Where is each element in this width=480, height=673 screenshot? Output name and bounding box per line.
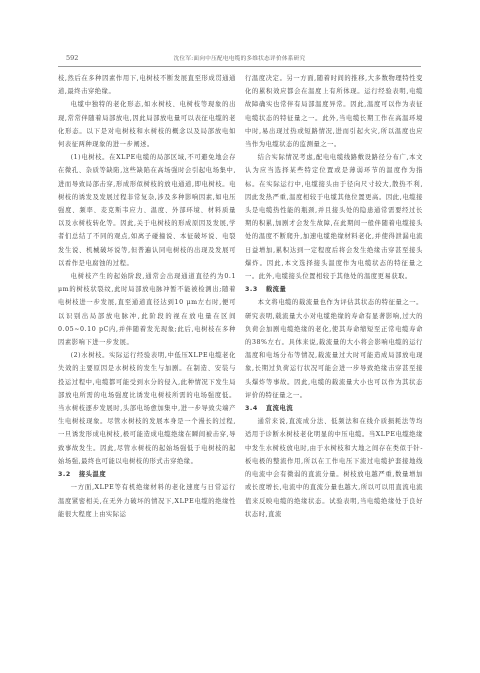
section-number: 3.4 bbox=[245, 405, 258, 412]
paragraph: 本文将电缆的载流量也作为评估其状态的特征量之一。研究表明,载流量大小对电缆绝缘的… bbox=[245, 296, 423, 402]
running-title: 沈位军:面向中压配电电缆的多维状态评价体系研究 bbox=[58, 54, 421, 62]
paragraph: 枝,然后在多种因素作用下,电树枝不断发展直至形成贯通通道,最终击穿绝缘。 bbox=[58, 72, 236, 98]
page-header: 592 沈位军:面向中压配电电缆的多维状态评价体系研究 bbox=[58, 50, 421, 67]
section-number: 3.2 bbox=[58, 471, 71, 478]
paragraph: 电树枝产生的起始阶段,通常会出现通道直径约为0.1 μm的树枝状裂纹,此时局部放… bbox=[58, 270, 236, 349]
paragraph: 结合实际情况考虑,配电电缆线路敷设路径分布广,本文认为应当选择某些特定位置或是薄… bbox=[245, 151, 423, 283]
section-title: 载流量 bbox=[266, 286, 287, 293]
paragraph: 电缆中独特的老化形态,如水树枝、电树枝等现象的出现,常常伴随着局部放电,因此局部… bbox=[58, 98, 236, 151]
section-heading: 3.4直流电流 bbox=[245, 402, 423, 415]
paragraph: 通常来说,直流成分法、低频法和在线介质损耗法等均适用于诊断水树枝老化明显的中压电… bbox=[245, 415, 423, 521]
paragraph: 一方面,XLPE等有机绝缘材料的老化速度与日常运行温度紧密相关,在无外力破坏的情… bbox=[58, 481, 236, 521]
paragraph: (1)电树枝。在XLPE电缆的局部区域,不可避免地会存在微孔、杂质等缺陷,这些缺… bbox=[58, 151, 236, 270]
section-heading: 3.3载流量 bbox=[245, 283, 423, 296]
paragraph: 行温度决定。另一方面,随着时间的推移,大多数物理特性变化的累积效应都会在温度上有… bbox=[245, 72, 423, 151]
section-heading: 3.2接头温度 bbox=[58, 468, 236, 481]
right-column: 行温度决定。另一方面,随着时间的推移,大多数物理特性变化的累积效应都会在温度上有… bbox=[245, 72, 423, 521]
left-column: 枝,然后在多种因素作用下,电树枝不断发展直至形成贯通通道,最终击穿绝缘。 电缆中… bbox=[58, 72, 236, 521]
section-number: 3.3 bbox=[245, 286, 258, 293]
section-title: 直流电流 bbox=[266, 405, 293, 412]
paragraph: (2)水树枝。实际运行经验表明,中低压XLPE电缆老化失效的主要原因是水树枝的发… bbox=[58, 349, 236, 468]
section-title: 接头温度 bbox=[79, 471, 106, 478]
